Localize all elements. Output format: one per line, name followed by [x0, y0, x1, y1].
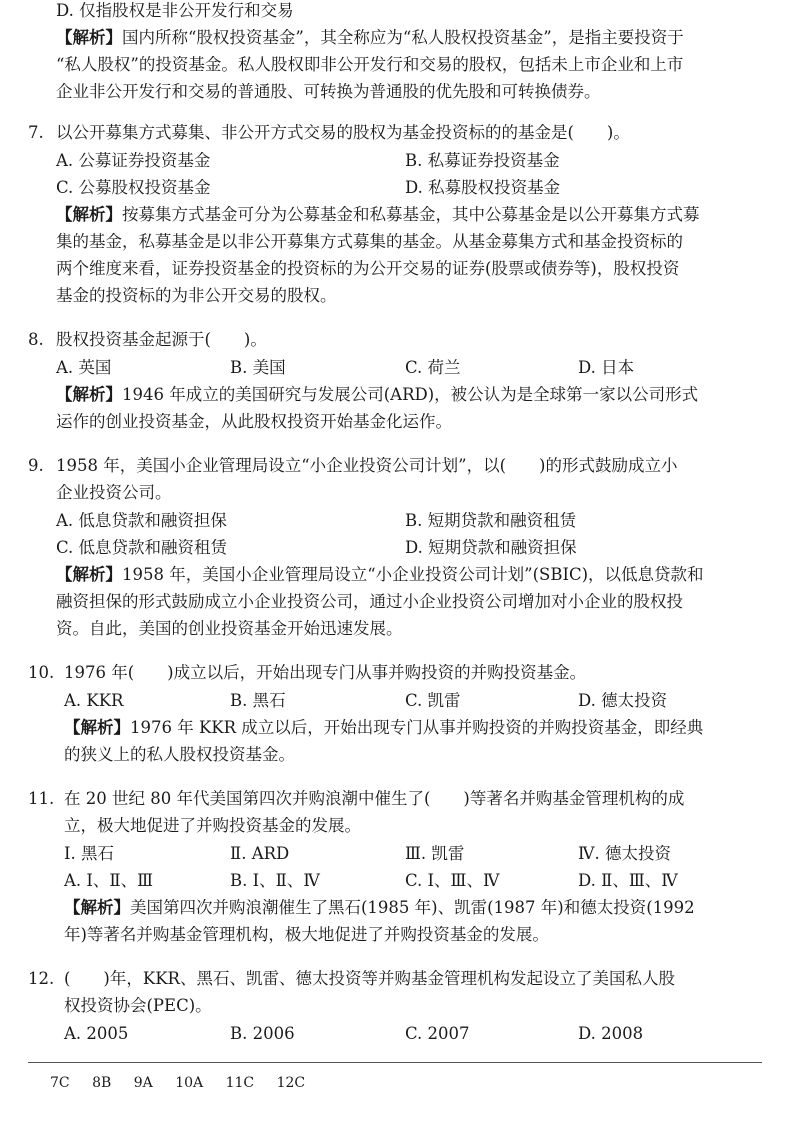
analysis-label: 【解析】: [56, 385, 122, 404]
answer-9: 9A: [134, 1075, 153, 1091]
analysis-label: 【解析】: [56, 205, 122, 224]
answer-10: 10A: [175, 1075, 203, 1091]
analysis-line: 运作的创业投资基金，从此股权投资开始基金化运作。: [56, 411, 452, 433]
analysis-line: 两个维度来看，证券投资基金的投资标的为公开交易的证券(股票或债券等)，股权投资: [56, 258, 679, 280]
analysis-line: 年)等著名并购基金管理机构，极大地促进了并购投资基金的发展。: [64, 924, 549, 946]
option-c: C. 凯雷: [405, 690, 461, 712]
question-stem: 1976 年( )成立以后，开始出现专门从事并购投资的并购投资基金。: [64, 662, 586, 684]
item-2: Ⅱ. ARD: [230, 843, 289, 865]
analysis-label: 【解析】: [64, 898, 130, 917]
option-d: D. 日本: [578, 357, 634, 379]
question-stem: 在 20 世纪 80 年代美国第四次并购浪潮中催生了( )等著名并购基金管理机构…: [64, 788, 684, 810]
analysis-label: 【解析】: [56, 565, 122, 584]
analysis-line: 企业非公开发行和交易的普通股、可转换为普通股的优先股和可转换债券。: [56, 81, 601, 103]
option-d: D. 短期贷款和融资担保: [405, 537, 577, 559]
option-a: A. 2005: [64, 1023, 128, 1045]
option-c: C. 2007: [405, 1023, 470, 1045]
option-b: B. 美国: [230, 357, 286, 379]
analysis-line: 基金的投资标的为非公开交易的股权。: [56, 285, 337, 307]
item-1: Ⅰ. 黑石: [64, 843, 114, 865]
question-number: 10.: [28, 662, 54, 684]
answer-divider: [28, 1062, 762, 1063]
question-number: 12.: [28, 968, 54, 990]
analysis-line: 资。自此，美国的创业投资基金开始迅速发展。: [56, 618, 403, 640]
question-stem: 以公开募集方式募集、非公开方式交易的股权为基金投资标的的基金是( )。: [56, 122, 630, 144]
question-stem: 1958 年，美国小企业管理局设立“小企业投资公司计划”，以( )的形式鼓励成立…: [56, 455, 677, 477]
option-a: A. 低息贷款和融资担保: [56, 510, 227, 532]
analysis-line: 【解析】1946 年成立的美国研究与发展公司(ARD)，被公认为是全球第一家以公…: [56, 384, 698, 406]
analysis-line: 【解析】按募集方式基金可分为公募基金和私募基金，其中公募基金是以公开募集方式募: [56, 204, 700, 226]
option-c: C. 荷兰: [405, 357, 461, 379]
question-stem: 企业投资公司。: [56, 482, 172, 504]
option-d: D. Ⅱ、Ⅲ、Ⅳ: [578, 870, 678, 892]
question-number: 9.: [28, 455, 44, 477]
option-d: D. 德太投资: [578, 690, 667, 712]
analysis-line: 融资担保的形式鼓励成立小企业投资公司，通过小企业投资公司增加对小企业的股权投: [56, 591, 683, 613]
question-stem: 立，极大地促进了并购投资基金的发展。: [64, 815, 361, 837]
option-c: C. 公募股权投资基金: [56, 177, 211, 199]
question-number: 11.: [28, 788, 54, 810]
option-d: D. 私募股权投资基金: [405, 177, 560, 199]
answer-12: 12C: [277, 1075, 306, 1091]
option-d: D. 2008: [578, 1023, 643, 1045]
answer-8: 8B: [92, 1075, 111, 1091]
analysis-line: 【解析】1958 年，美国小企业管理局设立“小企业投资公司计划”(SBIC)，以…: [56, 564, 704, 586]
analysis-line: 【解析】美国第四次并购浪潮催生了黑石(1985 年)、凯雷(1987 年)和德太…: [64, 897, 695, 919]
analysis-line: “私人股权”的投资基金。私人股权即非公开发行和交易的股权，包括未上市企业和上市: [56, 54, 683, 76]
question-stem: 股权投资基金起源于( )。: [56, 329, 267, 351]
analysis-line: 集的基金，私募基金是以非公开募集方式募集的基金。从基金募集方式和基金投资标的: [56, 231, 683, 253]
question-stem: ( )年，KKR、黑石、凯雷、德太投资等并购基金管理机构发起设立了美国私人股: [64, 968, 675, 990]
option-a: A. 公募证券投资基金: [56, 150, 210, 172]
answer-11: 11C: [226, 1075, 255, 1091]
option-c: C. 低息贷款和融资租赁: [56, 537, 227, 559]
answer-7: 7C: [50, 1075, 70, 1091]
analysis-label: 【解析】: [64, 718, 130, 737]
analysis-line: 【解析】国内所称“股权投资基金”，其全称应为“私人股权投资基金”，是指主要投资于: [56, 27, 684, 49]
option-d: D. 仅指股权是非公开发行和交易: [56, 0, 294, 22]
analysis-label: 【解析】: [56, 28, 122, 47]
item-4: Ⅳ. 德太投资: [578, 843, 671, 865]
answer-key: 7C 8B 9A 10A 11C 12C: [50, 1074, 317, 1092]
question-number: 8.: [28, 329, 44, 351]
question-stem: 权投资协会(PEC)。: [64, 995, 212, 1017]
option-c: C. Ⅰ、Ⅲ、Ⅳ: [405, 870, 499, 892]
option-b: B. 私募证券投资基金: [405, 150, 560, 172]
document-page: D. 仅指股权是非公开发行和交易 【解析】国内所称“股权投资基金”，其全称应为“…: [0, 0, 790, 1129]
analysis-line: 【解析】1976 年 KKR 成立以后，开始出现专门从事并购投资的并购投资基金，…: [64, 717, 703, 739]
option-b: B. 2006: [230, 1023, 295, 1045]
analysis-line: 的狭义上的私人股权投资基金。: [64, 744, 295, 766]
option-b: B. 短期贷款和融资租赁: [405, 510, 576, 532]
item-3: Ⅲ. 凯雷: [405, 843, 464, 865]
option-a: A. 英国: [56, 357, 111, 379]
option-a: A. Ⅰ、Ⅱ、Ⅲ: [64, 870, 153, 892]
option-b: B. 黑石: [230, 690, 286, 712]
option-a: A. KKR: [64, 690, 123, 712]
option-b: B. Ⅰ、Ⅱ、Ⅳ: [230, 870, 320, 892]
question-number: 7.: [28, 122, 44, 144]
